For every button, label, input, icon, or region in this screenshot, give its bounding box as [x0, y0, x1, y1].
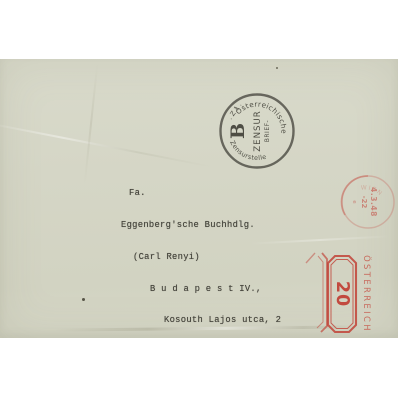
- address-block: Fa. Eggenberg'sche Buchhdlg. (Carl Renyi…: [121, 167, 281, 347]
- censor-letter-b: B: [227, 123, 249, 139]
- meter-country-text: ÖSTERREICH: [362, 255, 372, 333]
- paper-speck: [82, 298, 85, 301]
- address-line-city: B u d a p e s t IV.,: [121, 284, 281, 295]
- meter-date-stamp: WIEN 4.3.48 -22 e: [339, 173, 397, 231]
- envelope: Fa. Eggenberg'sche Buchhdlg. (Carl Renyi…: [0, 59, 398, 338]
- meter-value-amount: 20: [332, 281, 352, 307]
- meter-index-text: e: [351, 200, 357, 204]
- meter-hour-text: -22: [360, 196, 368, 209]
- address-line-firm: Eggenberg'sche Buchhdlg.: [121, 220, 281, 231]
- meter-date-text: 4.3.48: [369, 187, 378, 217]
- paper-speck: [276, 67, 278, 69]
- censor-word-brief: BRIEF-: [264, 120, 271, 142]
- paper-crease: [84, 64, 99, 184]
- paper-crease: [0, 122, 213, 168]
- address-line-street: Kosouth Lajos utca, 2: [121, 315, 281, 326]
- meter-value-stamp: 20 ÖSTERREICH: [303, 248, 375, 342]
- censor-word-zensur: ZENSUR: [253, 110, 263, 151]
- censor-stamp: Österreichische Zensurstelle B ZENSUR BR…: [217, 91, 297, 171]
- address-line-fa: Fa.: [121, 188, 281, 199]
- address-line-person: (Carl Renyi): [121, 252, 281, 263]
